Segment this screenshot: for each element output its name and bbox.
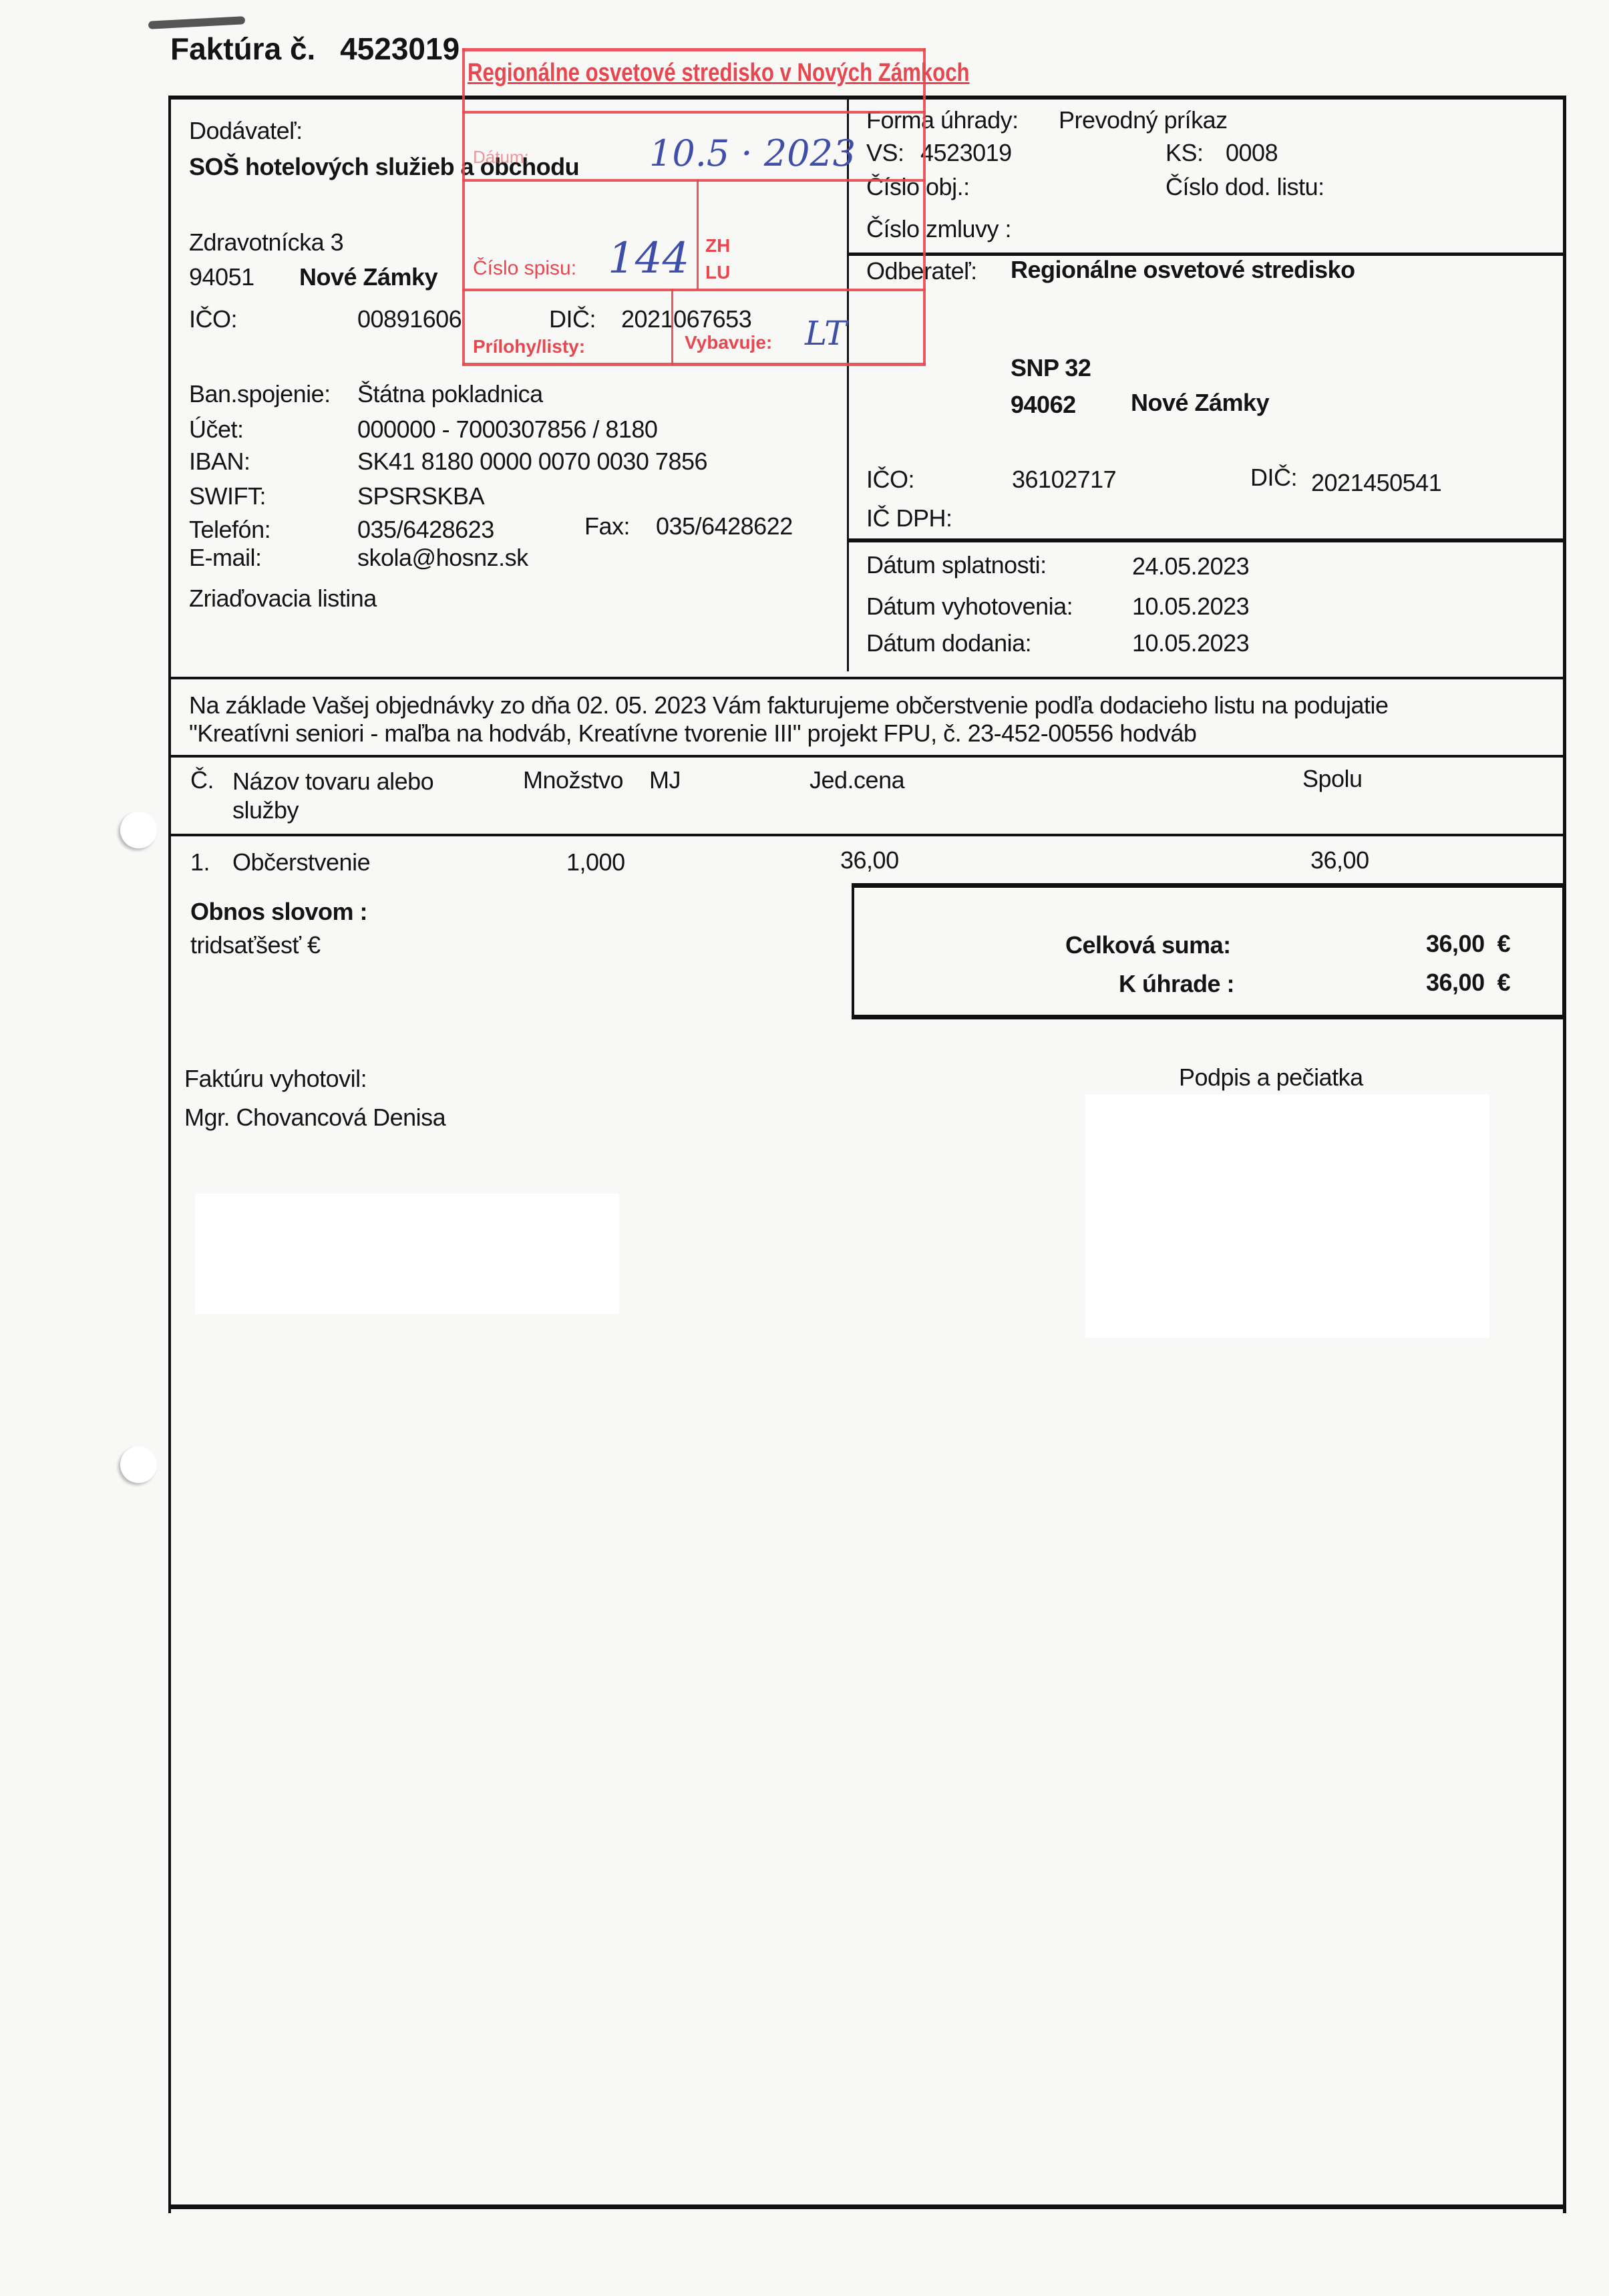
stamp-org-name: Regionálne osvetové stredisko v Nových Z… — [468, 59, 970, 88]
amount-words-value: tridsaťšesť € — [190, 933, 321, 957]
invoice-number: 4523019 — [340, 31, 460, 66]
vs-value: 4523019 — [920, 141, 1012, 165]
customer-dic-label: DIČ: — [1250, 466, 1297, 490]
customer-dic: 2021450541 — [1311, 471, 1441, 495]
stamp-divider — [462, 179, 926, 182]
stamp-file-handwritten: 144 — [608, 234, 689, 283]
issue-date-value: 10.05.2023 — [1132, 595, 1249, 619]
amount-due-value: 36,00 € — [1426, 971, 1510, 995]
redacted-area — [1085, 1094, 1489, 1338]
col-header-unit-price: Jed.cena — [810, 768, 904, 792]
row-no: 1. — [190, 850, 210, 874]
customer-label: Odberateľ: — [866, 259, 977, 283]
email-link[interactable]: skola@hosnz.sk — [357, 546, 528, 570]
customer-box-bottom — [848, 538, 1566, 542]
stamp-lu: LU — [705, 262, 730, 283]
issue-date-label: Dátum vyhotovenia: — [866, 595, 1073, 619]
fax-label: Fax: — [584, 514, 630, 538]
total-sum-label: Celková suma: — [1065, 933, 1231, 957]
punch-hole — [120, 1446, 157, 1483]
customer-street: SNP 32 — [1011, 356, 1091, 380]
issued-by-name: Mgr. Chovancová Denisa — [184, 1106, 445, 1130]
row-total: 36,00 — [1310, 848, 1369, 872]
punch-hole — [120, 812, 157, 848]
ks-label: KS: — [1166, 141, 1204, 165]
col-header-total: Spolu — [1302, 767, 1363, 791]
divider-table-rows — [168, 834, 1566, 836]
issued-by-label: Faktúru vyhotovil: — [184, 1067, 367, 1091]
stamp-date-label: Dátum: — [473, 147, 529, 168]
vs-label: VS: — [866, 141, 904, 165]
stamp-border — [462, 48, 465, 365]
stamp-border — [462, 363, 926, 366]
supplier-city: Nové Zámky — [299, 265, 437, 289]
stamp-file-label: Číslo spisu: — [473, 257, 576, 280]
swift-label: SWIFT: — [189, 484, 266, 508]
ks-value: 0008 — [1226, 141, 1278, 165]
customer-ico: 36102717 — [1012, 468, 1116, 492]
registration-text: Zriaďovacia listina — [189, 587, 377, 611]
payment-method-value: Prevodný príkaz — [1059, 108, 1228, 132]
col-header-name: Názov tovaru alebo — [232, 770, 433, 794]
stamp-zh: ZH — [705, 235, 730, 257]
redacted-area — [195, 1194, 619, 1314]
fax-value: 035/6428622 — [656, 514, 793, 538]
supplier-label: Dodávateľ: — [189, 119, 303, 143]
col-header-unit: MJ — [649, 768, 681, 792]
frame-top — [168, 96, 1566, 100]
supplier-street: Zdravotnícka 3 — [189, 230, 343, 255]
swift-value: SPSRSKBA — [357, 484, 484, 508]
phone-label: Telefón: — [189, 518, 271, 542]
frame-left — [168, 96, 171, 2213]
invoice-title: Faktúra č. 4523019 — [170, 31, 460, 67]
stamp-handler-handwritten: LT — [805, 314, 846, 353]
amount-due-label: K úhrade : — [1119, 972, 1234, 996]
iban-value: SK41 8180 0000 0070 0030 7856 — [357, 450, 707, 474]
stamp-border — [462, 48, 926, 51]
supplier-dic-label: DIČ: — [549, 307, 596, 331]
col-header-no: Č. — [190, 768, 214, 792]
supplier-zip: 94051 — [189, 265, 254, 289]
email-label: E-mail: — [189, 546, 262, 570]
row-item-name: Občerstvenie — [232, 850, 370, 874]
contract-label: Číslo zmluvy : — [866, 217, 1011, 241]
stamp-handler-label: Vybavuje: — [685, 332, 772, 353]
description-line-1: Na základe Vašej objednávky zo dňa 02. 0… — [189, 693, 1389, 717]
customer-icdph-label: IČ DPH: — [866, 506, 952, 530]
supplier-ico: 00891606 — [357, 307, 462, 331]
bank-value: Štátna pokladnica — [357, 382, 543, 406]
stamp-divider — [462, 289, 926, 291]
account-value: 000000 - 7000307856 / 8180 — [357, 418, 657, 442]
stamp-border — [923, 48, 926, 365]
customer-zip: 94062 — [1011, 393, 1076, 417]
due-date-value: 24.05.2023 — [1132, 554, 1249, 579]
frame-right — [1563, 96, 1566, 2213]
staple-mark — [148, 16, 245, 29]
customer-ico-label: IČO: — [866, 468, 914, 492]
delivery-note-label: Číslo dod. listu: — [1166, 175, 1324, 199]
frame-bottom — [168, 2204, 1566, 2209]
customer-name: Regionálne osvetové stredisko — [1011, 258, 1355, 282]
divider-description — [168, 677, 1566, 679]
phone-value: 035/6428623 — [357, 518, 494, 542]
customer-city: Nové Zámky — [1131, 391, 1269, 415]
due-date-label: Dátum splatnosti: — [866, 553, 1047, 577]
amount-words-label: Obnos slovom : — [190, 900, 367, 924]
supplier-ico-label: IČO: — [189, 307, 237, 331]
bank-label: Ban.spojenie: — [189, 382, 331, 406]
row-unit-price: 36,00 — [840, 848, 899, 872]
stamp-divider — [462, 111, 926, 114]
row-quantity: 1,000 — [566, 850, 625, 874]
supplier-dic: 2021067653 — [621, 307, 751, 331]
delivery-date-value: 10.05.2023 — [1132, 631, 1249, 655]
description-line-2: "Kreatívni seniori - maľba na hodváb, Kr… — [189, 721, 1196, 746]
column-divider — [847, 96, 849, 671]
stamp-attachments-label: Prílohy/listy: — [473, 336, 585, 357]
total-sum-value: 36,00 € — [1426, 932, 1510, 956]
signature-label: Podpis a pečiatka — [1179, 1065, 1363, 1090]
iban-label: IBAN: — [189, 450, 250, 474]
account-label: Účet: — [189, 418, 244, 442]
delivery-date-label: Dátum dodania: — [866, 631, 1031, 655]
stamp-divider — [671, 289, 673, 365]
col-header-quantity: Množstvo — [523, 768, 623, 792]
invoice-title-label: Faktúra č. — [170, 31, 315, 66]
stamp-date-handwritten: 10.5 · 2023 — [649, 132, 856, 174]
divider-table-header — [168, 755, 1566, 758]
col-header-name-line2: služby — [232, 798, 299, 822]
stamp-divider — [697, 179, 699, 290]
